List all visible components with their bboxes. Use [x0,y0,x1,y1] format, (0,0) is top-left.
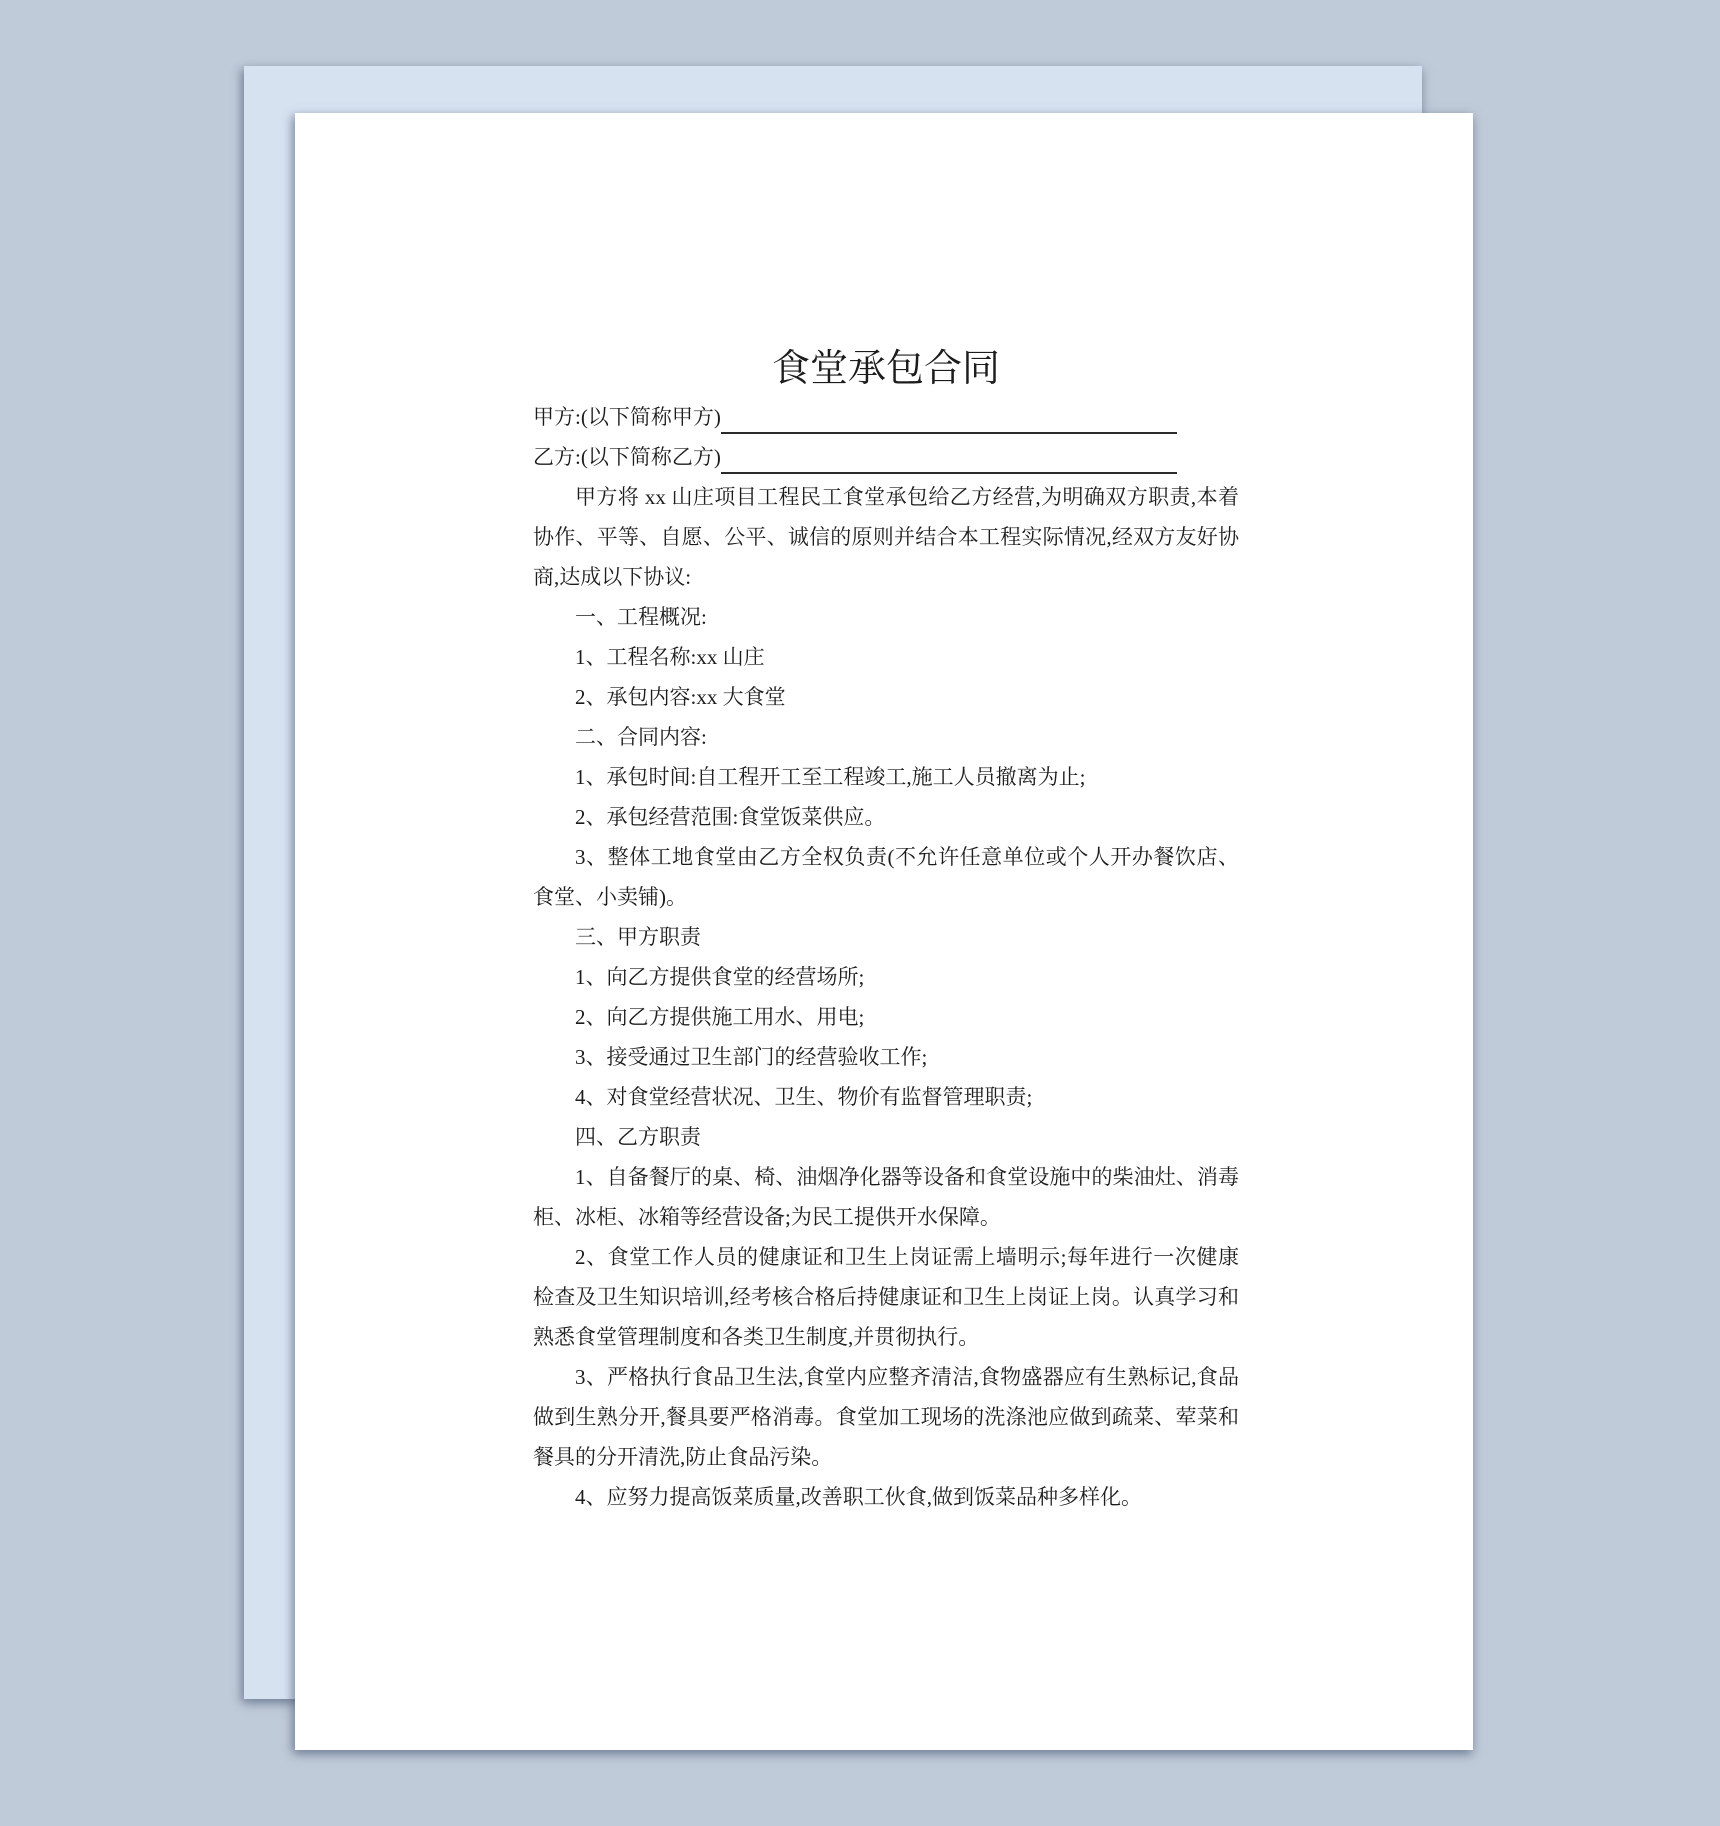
section-4-item-1: 1、自备餐厅的桌、椅、油烟净化器等设备和食堂设施中的柴油灶、消毒柜、冰柜、冰箱等… [533,1157,1239,1237]
contract-page: 食堂承包合同 甲方:(以下简称甲方) 乙方:(以下简称乙方) 甲方将 xx 山庄… [295,113,1473,1750]
party-b-label: 乙方:(以下简称乙方) [533,437,721,477]
party-b-blank-line [721,437,1177,474]
party-a-row: 甲方:(以下简称甲方) [533,397,1177,437]
section-4-item-4: 4、应努力提高饭菜质量,改善职工伙食,做到饭菜品种多样化。 [533,1477,1239,1517]
section-1-heading: 一、工程概况: [533,597,1239,637]
section-3-heading: 三、甲方职责 [533,917,1239,957]
section-3-item-4: 4、对食堂经营状况、卫生、物价有监督管理职责; [533,1077,1239,1117]
section-4-heading: 四、乙方职责 [533,1117,1239,1157]
section-4-item-3: 3、严格执行食品卫生法,食堂内应整齐清洁,食物盛器应有生熟标记,食品做到生熟分开… [533,1357,1239,1477]
section-3-item-3: 3、接受通过卫生部门的经营验收工作; [533,1037,1239,1077]
desktop-backdrop: 食堂承包合同 甲方:(以下简称甲方) 乙方:(以下简称乙方) 甲方将 xx 山庄… [0,0,1720,1826]
party-a-label: 甲方:(以下简称甲方) [533,397,721,437]
party-b-row: 乙方:(以下简称乙方) [533,437,1177,477]
section-3-item-1: 1、向乙方提供食堂的经营场所; [533,957,1239,997]
contract-intro-paragraph: 甲方将 xx 山庄项目工程民工食堂承包给乙方经营,为明确双方职责,本着协作、平等… [533,477,1239,597]
section-2-item-3: 3、整体工地食堂由乙方全权负责(不允许任意单位或个人开办餐饮店、食堂、小卖铺)。 [533,837,1239,917]
section-1-item-2: 2、承包内容:xx 大食堂 [533,677,1239,717]
section-2-item-2: 2、承包经营范围:食堂饭菜供应。 [533,797,1239,837]
section-3-item-2: 2、向乙方提供施工用水、用电; [533,997,1239,1037]
section-1-item-1: 1、工程名称:xx 山庄 [533,637,1239,677]
section-2-item-1: 1、承包时间:自工程开工至工程竣工,施工人员撤离为止; [533,757,1239,797]
section-4-item-2: 2、食堂工作人员的健康证和卫生上岗证需上墙明示;每年进行一次健康检查及卫生知识培… [533,1237,1239,1357]
contract-title: 食堂承包合同 [533,346,1239,392]
party-a-blank-line [721,397,1177,434]
contract-sections: 一、工程概况:1、工程名称:xx 山庄2、承包内容:xx 大食堂二、合同内容:1… [533,597,1239,1517]
section-2-heading: 二、合同内容: [533,717,1239,757]
